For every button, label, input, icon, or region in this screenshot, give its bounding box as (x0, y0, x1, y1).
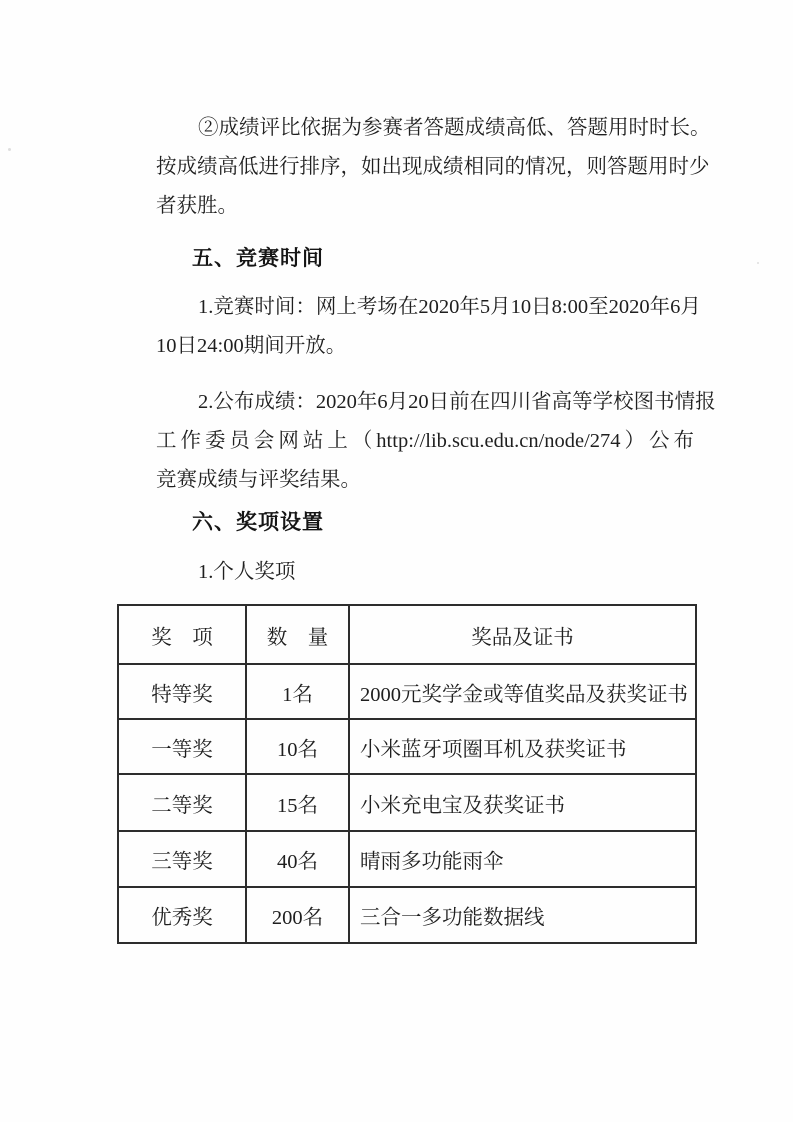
section-heading-awards: 六、奖项设置 (156, 503, 694, 542)
award-quantity-cell: 40名 (246, 831, 349, 887)
paragraph-competition-time: 1.竞赛时间：网上考场在2020年5月10日8:00至2020年6月 10日24… (156, 288, 694, 366)
table-row-second-prize: 二等奖 15名 小米充电宝及获奖证书 (118, 774, 696, 831)
award-name-cell: 三等奖 (118, 831, 246, 887)
award-prize-cell: 2000元奖学金或等值奖品及获奖证书 (349, 664, 696, 719)
text-line: 1.竞赛时间：网上考场在2020年5月10日8:00至2020年6月 (156, 288, 694, 327)
section-heading-competition-time: 五、竞赛时间 (156, 239, 694, 278)
table-row-first-prize: 一等奖 10名 小米蓝牙项圈耳机及获奖证书 (118, 719, 696, 774)
award-prize-cell: 小米充电宝及获奖证书 (349, 774, 696, 831)
scan-speck (757, 262, 759, 264)
text-line: 10日24:00期间开放。 (156, 327, 694, 366)
table-row-excellence-prize: 优秀奖 200名 三合一多功能数据线 (118, 887, 696, 943)
text-line: 按成绩高低进行排序，如出现成绩相同的情况，则答题用时少 (156, 148, 694, 187)
subsection-label: 1.个人奖项 (156, 553, 694, 592)
table-row-special-prize: 特等奖 1名 2000元奖学金或等值奖品及获奖证书 (118, 664, 696, 719)
award-name-cell: 特等奖 (118, 664, 246, 719)
text-line: ②成绩评比依据为参赛者答题成绩高低、答题用时时长。 (156, 109, 694, 148)
awards-table-header-row: 奖 项 数 量 奖品及证书 (118, 605, 696, 664)
column-header-quantity: 数 量 (246, 605, 349, 664)
paragraph-results-announcement: 2.公布成绩：2020年6月20日前在四川省高等学校图书情报 工作委员会网站上（… (156, 383, 694, 500)
column-header-award: 奖 项 (118, 605, 246, 664)
scan-speck (8, 148, 11, 151)
awards-table: 奖 项 数 量 奖品及证书 特等奖 1名 2000元奖学金或等值奖品及获奖证书 … (117, 604, 697, 944)
award-quantity-cell: 200名 (246, 887, 349, 943)
document-body: ②成绩评比依据为参赛者答题成绩高低、答题用时时长。 按成绩高低进行排序，如出现成… (156, 0, 694, 592)
award-quantity-cell: 15名 (246, 774, 349, 831)
text-line: 2.公布成绩：2020年6月20日前在四川省高等学校图书情报 (156, 383, 694, 422)
text-line: 竞赛成绩与评奖结果。 (156, 461, 694, 500)
paragraph-scoring-rules: ②成绩评比依据为参赛者答题成绩高低、答题用时时长。 按成绩高低进行排序，如出现成… (156, 109, 694, 226)
table-row-third-prize: 三等奖 40名 晴雨多功能雨伞 (118, 831, 696, 887)
scanned-document-page: ②成绩评比依据为参赛者答题成绩高低、答题用时时长。 按成绩高低进行排序，如出现成… (0, 0, 793, 1122)
text-line-with-url: 工作委员会网站上（http://lib.scu.edu.cn/node/274）… (156, 422, 694, 461)
award-prize-cell: 三合一多功能数据线 (349, 887, 696, 943)
subsection-individual-awards: 1.个人奖项 (156, 553, 694, 592)
award-quantity-cell: 1名 (246, 664, 349, 719)
column-header-prize: 奖品及证书 (349, 605, 696, 664)
award-name-cell: 一等奖 (118, 719, 246, 774)
award-prize-cell: 小米蓝牙项圈耳机及获奖证书 (349, 719, 696, 774)
text-line: 者获胜。 (156, 187, 694, 226)
award-name-cell: 二等奖 (118, 774, 246, 831)
award-quantity-cell: 10名 (246, 719, 349, 774)
award-name-cell: 优秀奖 (118, 887, 246, 943)
award-prize-cell: 晴雨多功能雨伞 (349, 831, 696, 887)
